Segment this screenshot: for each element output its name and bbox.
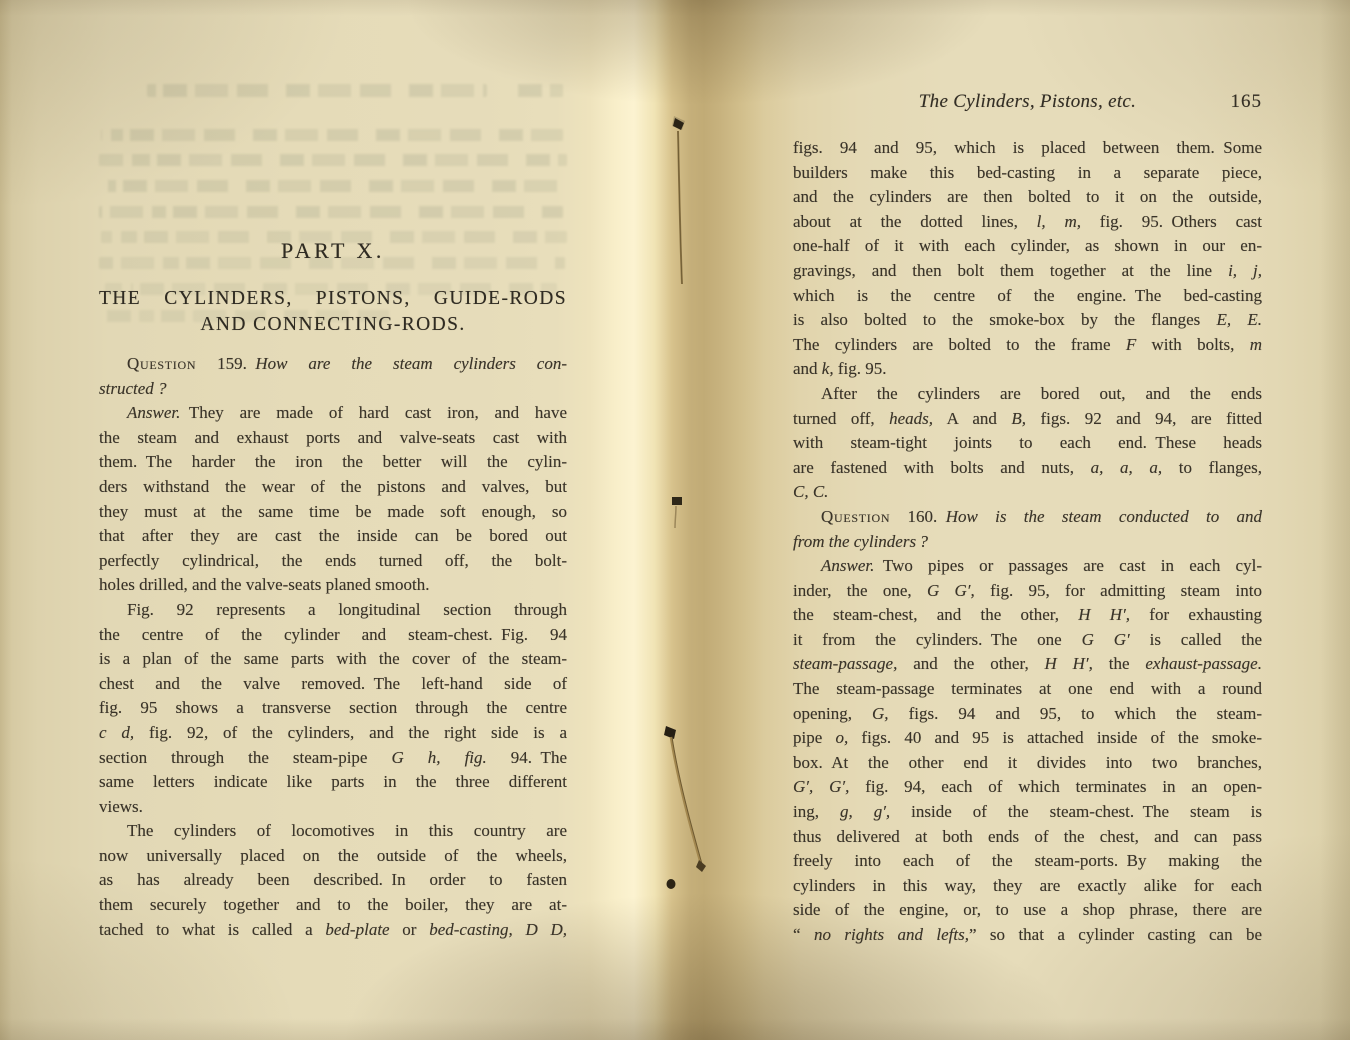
show-through-line — [103, 180, 561, 192]
show-through-line — [511, 84, 563, 97]
paragraph: Question 160. How is the steam conducted… — [793, 505, 1262, 554]
paragraph: Fig. 92 represents a longitudinal sectio… — [99, 598, 567, 819]
show-through-line — [99, 206, 563, 218]
paragraph: Answer. They are made of hard cast iron,… — [99, 401, 567, 598]
paragraph: Answer. Two pipes or passages are cast i… — [793, 554, 1262, 948]
chapter-heading-line-1: THE CYLINDERS, PISTONS, GUIDE-RODS — [99, 286, 567, 312]
show-through-line — [147, 84, 487, 97]
binding-thread-icon — [620, 0, 780, 1040]
show-through-line — [99, 154, 567, 166]
paragraph: figs. 94 and 95, which is placed between… — [793, 136, 1262, 382]
chapter-heading: THE CYLINDERS, PISTONS, GUIDE-RODS AND C… — [99, 286, 567, 338]
right-page: The Cylinders, Pistons, etc. 165 figs. 9… — [793, 0, 1262, 948]
part-heading: PART X. — [99, 238, 567, 264]
left-page-text: Question 159. How are the steam cylinder… — [99, 352, 567, 942]
paragraph: After the cylinders are bored out, and t… — [793, 382, 1262, 505]
running-header: The Cylinders, Pistons, etc. 165 — [793, 90, 1262, 114]
running-header-title: The Cylinders, Pistons, etc. — [919, 90, 1136, 114]
book-scan-spread: PART X. THE CYLINDERS, PISTONS, GUIDE-RO… — [0, 0, 1350, 1040]
show-through-line — [101, 129, 563, 141]
paragraph: Question 159. How are the steam cylinder… — [99, 352, 567, 401]
right-page-text: figs. 94 and 95, which is placed between… — [793, 136, 1262, 948]
page-number: 165 — [1136, 90, 1262, 114]
left-page: PART X. THE CYLINDERS, PISTONS, GUIDE-RO… — [99, 0, 567, 942]
paragraph: The cylinders of locomotives in this cou… — [99, 819, 567, 942]
chapter-heading-line-2: AND CONNECTING-RODS. — [99, 312, 567, 338]
